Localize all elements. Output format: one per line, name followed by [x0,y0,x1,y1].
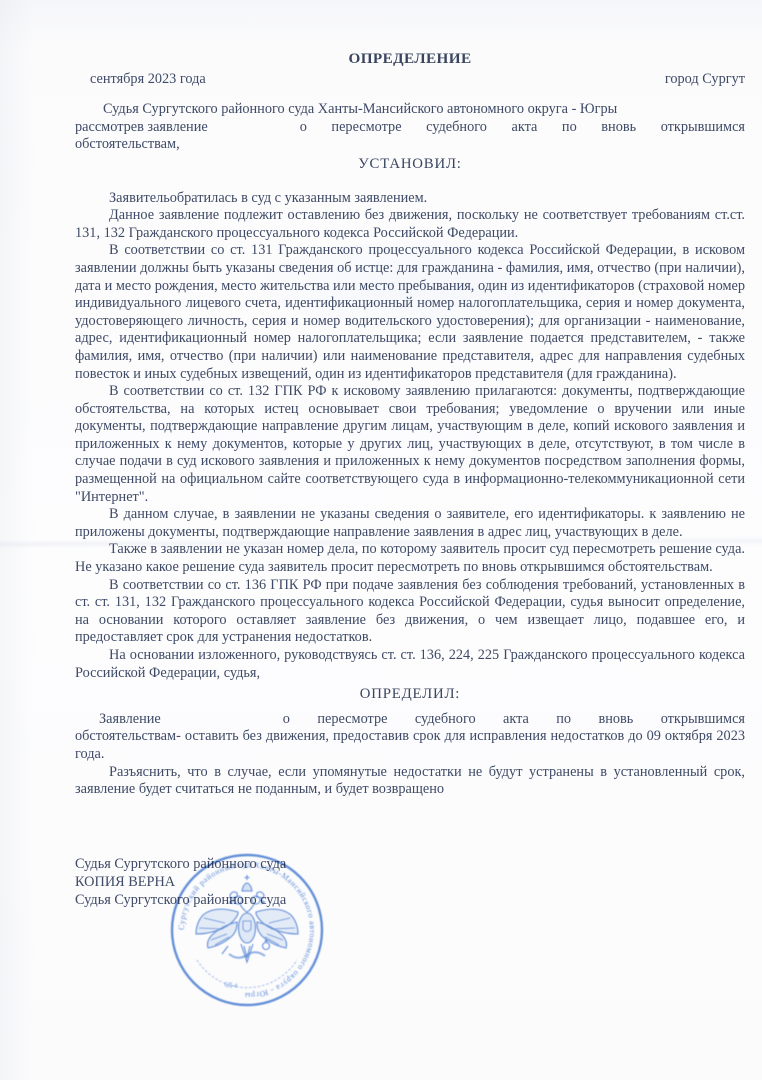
paragraph: В соответствии со ст. 132 ГПК РФ к исков… [75,383,745,506]
paragraph: В данном случае, в заявлении не указаны … [75,506,745,541]
established-section: Заявительобратилась в суд с указанным за… [75,190,745,683]
paragraph: В соответствии со ст. 131 Гражданского п… [75,242,745,383]
court-seal-stamp: Сургутский районный суд Ханты-Мансийског… [167,850,327,1010]
paragraph: В соответствии со ст. 136 ГПК РФ при под… [75,577,745,647]
resolution-section: Заявление о пересмотре судебного акта по… [75,711,745,799]
scanned-court-document-page: ОПРЕДЕЛЕНИЕ сентября 2023 года город Сур… [0,0,762,1080]
document-title: ОПРЕДЕЛЕНИЕ [75,50,745,68]
document-city: город Сургут [665,71,745,89]
paragraph: На основании изложенного, руководствуясь… [75,647,745,682]
seal-code-text: 6Д-4 [224,981,239,990]
paragraph: Данное заявление подлежит оставлению без… [75,207,745,242]
preamble-application-line: рассмотрев заявление о пересмотре судебн… [75,119,745,137]
resolution-subject: о пересмотре судебного акта по вновь отк… [283,711,745,729]
preamble-considered-label: рассмотрев заявление [75,119,208,137]
clarification-paragraph: Разъяснить, что в случае, если упомянуты… [75,764,745,799]
paragraph: Также в заявлении не указан номер дела, … [75,541,745,576]
preamble-subject: о пересмотре судебного акта по вновь отк… [300,119,745,137]
resolution-lead: Заявление [99,711,161,729]
document-body: ОПРЕДЕЛЕНИЕ сентября 2023 года город Сур… [75,0,745,799]
resolved-heading: ОПРЕДЕЛИЛ: [75,686,745,704]
preamble-circumstances: обстоятельствам, [75,136,745,154]
preamble-judge-line: Судья Сургутского районного суда Ханты-М… [75,101,745,119]
established-heading: УСТАНОВИЛ: [75,156,745,174]
paragraph: Заявительобратилась в суд с указанным за… [75,190,745,208]
double-headed-eagle-icon [196,875,298,962]
redacted-gap [161,711,283,729]
resolution-lead-line: Заявление о пересмотре судебного акта по… [75,711,745,729]
scan-artifact-left-shade [0,0,34,1080]
resolution-continuation: обстоятельствам- оставить без движения, … [75,728,745,763]
document-date: сентября 2023 года [75,71,206,89]
redacted-gap [208,119,300,137]
preamble: Судья Сургутского районного суда Ханты-М… [75,101,745,154]
date-city-row: сентября 2023 года город Сургут [75,71,745,89]
